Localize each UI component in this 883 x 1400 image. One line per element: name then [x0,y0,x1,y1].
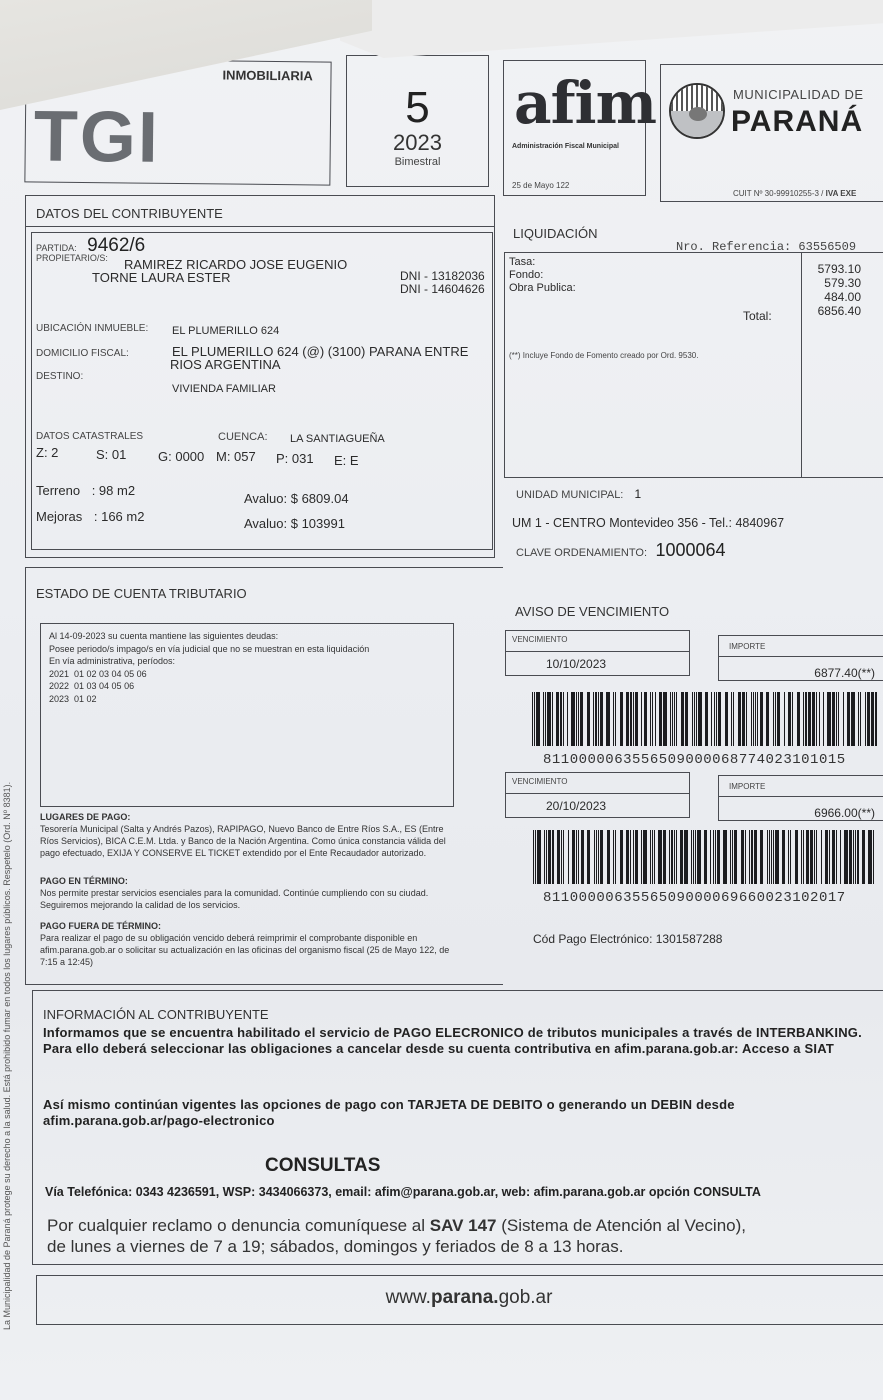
text: (Sistema de Atención al Vecino), [497,1216,746,1235]
deuda-period-2023: 2023 01 02 [49,693,369,706]
owner-1-dni: DNI - 13182036 [400,269,485,283]
reclamo-text: Por cualquier reclamo o denuncia comuníq… [47,1215,746,1257]
liquidacion-labels: Tasa: Fondo: Obra Publica: [509,256,576,295]
cod-pago-electronico: Cód Pago Electrónico: 1301587288 [533,932,722,946]
contribuyente-section: DATOS DEL CONTRIBUYENTE PARTIDA: 9462/6 … [25,195,495,558]
liquidacion-values: 5793.10 579.30 484.00 6856.40 [801,262,861,318]
cuit: CUIT Nº 30-99910255-3 / IVA EXE [733,189,856,198]
destino-value: VIVIENDA FAMILIAR [172,383,276,395]
catastro-z: Z: 2 [36,445,58,460]
estado-cuenta-section: ESTADO DE CUENTA TRIBUTARIO Al 14-09-202… [25,567,503,985]
owner-2-name: TORNE LAURA ESTER [92,270,230,285]
pago-termino: PAGO EN TÉRMINO: Nos permite prestar ser… [40,875,450,911]
tasa-label: Tasa: [509,256,576,269]
lugares-title: LUGARES DE PAGO: [40,812,130,822]
informacion-section: INFORMACIÓN AL CONTRIBUYENTE Informamos … [32,990,883,1265]
importe-1-label: IMPORTE [729,642,765,651]
vencimiento-2-box: VENCIMIENTO 20/10/2023 [505,772,690,818]
mejoras-label: Mejoras [36,509,82,524]
importe-2-label: IMPORTE [729,782,765,791]
vencimiento-1-box: VENCIMIENTO 10/10/2023 [505,630,690,676]
deuda-period-2021: 2021 01 02 03 04 05 06 [49,668,369,681]
barcode-1 [532,692,877,746]
um-line: UM 1 - CENTRO Montevideo 356 - Tel.: 484… [512,516,784,530]
estado-cuenta-lines: Al 14-09-2023 su cuenta mantiene las sig… [49,630,369,705]
deuda-line: Posee periodo/s impago/s en vía judicial… [49,643,369,656]
catastrales-label: DATOS CATASTRALES [36,431,143,442]
lugares-pago: LUGARES DE PAGO: Tesorería Municipal (Sa… [40,811,450,859]
unidad-value: 1 [634,487,641,501]
clave-label: CLAVE ORDENAMIENTO: [516,547,647,559]
catastro-e: E: E [334,453,359,468]
footer-web-box: www.parana.gob.ar [36,1275,883,1325]
liquidacion-note: (**) Incluye Fondo de Fomento creado por… [509,351,698,360]
importe-1-amount: 6877.40(**) [814,666,875,680]
tasa-value: 5793.10 [801,262,861,276]
sav-number: SAV 147 [430,1216,497,1235]
consultas-title: CONSULTAS [265,1155,380,1177]
terreno-label: Terreno [36,483,80,498]
vencimiento-1-date: 10/10/2023 [546,657,606,671]
fuera-title: PAGO FUERA DE TÉRMINO: [40,921,161,931]
afim-subtitle: Administración Fiscal Municipal [512,143,619,150]
tax-title: TGI [33,95,160,178]
partida-label: PARTIDA: [36,243,77,253]
catastro-s: S: 01 [96,447,126,462]
folded-paper-shadow [340,0,883,58]
importe-2-box: IMPORTE 6966.00(**) [718,775,883,821]
barcode-1-number: 8110000063556509000068774023101015 [543,752,846,768]
period-box: 5 2023 Bimestral [346,55,489,187]
text: TARJETA DE DEBITO [408,1097,543,1112]
avaluo-terreno: Avaluo: $ 6809.04 [244,491,349,506]
footer-web[interactable]: www.parana.gob.ar [37,1287,883,1309]
ubicacion-label: UBICACIÓN INMUEBLE: [36,323,148,334]
cuit-number: CUIT Nº 30-99910255-3 / [733,189,823,198]
text: INTERBANKING [756,1025,858,1040]
mejoras-value: : 166 m2 [94,509,145,524]
terreno-value: : 98 m2 [92,483,135,498]
afim-logo: afim [514,69,656,137]
vencimiento-1-label: VENCIMIENTO [512,635,567,644]
text: o generando un [543,1097,651,1112]
clave-value: 1000064 [655,540,725,560]
estado-cuenta-title: ESTADO DE CUENTA TRIBUTARIO [36,586,247,601]
barcode-2 [533,830,875,884]
vencimiento-2-date: 20/10/2023 [546,799,606,813]
lugares-text: Tesorería Municipal (Salta y Andrés Pazo… [40,823,450,859]
destino-label: DESTINO: [36,371,83,382]
period-year: 2023 [347,130,488,156]
text: PAGO ELECRONICO [393,1025,524,1040]
owner-2-dni: DNI - 14604626 [400,282,485,296]
fondo-label: Fondo: [509,269,576,282]
period-number: 5 [347,86,488,130]
tax-subtitle: INMOBILIARIA [222,67,312,83]
vertical-smoking-note: La Municipalidad de Paraná protege su de… [2,782,12,1330]
text: de tributos municipales a través de [524,1025,756,1040]
text: DEBIN [651,1097,692,1112]
total-value: 6856.40 [801,304,861,318]
text: de lunes a viernes de 7 a 19; sábados, d… [47,1236,746,1257]
text: Por cualquier reclamo o denuncia comuníq… [47,1216,430,1235]
iva-status: IVA EXE [826,189,857,198]
municipality-box: MUNICIPALIDAD DE PARANÁ CUIT Nº 30-99910… [660,64,883,202]
text: gob.ar [499,1287,553,1308]
pago-fuera-termino: PAGO FUERA DE TÉRMINO: Para realizar el … [40,920,450,968]
terreno-row: Terreno : 98 m2 [36,483,135,498]
fuera-text: Para realizar el pago de su obligación v… [40,932,450,968]
deuda-line: En vía administrativa, períodos: [49,655,369,668]
ubicacion-value: EL PLUMERILLO 624 [172,325,279,337]
vencimiento-2-label: VENCIMIENTO [512,777,567,786]
barcode-bar [875,692,876,746]
barcode-bar [873,830,874,884]
catastro-p: P: 031 [276,451,314,466]
text: www. [386,1287,431,1308]
text: Así mismo continúan vigentes las opcione… [43,1097,408,1112]
importe-2-amount: 6966.00(**) [814,806,875,820]
informacion-para-1: Informamos que se encuentra habilitado e… [43,1025,873,1057]
coat-of-arms-icon [669,83,725,139]
domicilio-line2: RIOS ARGENTINA [170,357,281,372]
municipality-line1: MUNICIPALIDAD DE [733,87,864,102]
propietarios-label: PROPIETARIO/S: [36,253,108,263]
liquidacion-table: Tasa: Fondo: Obra Publica: Total: 5793.1… [504,252,883,478]
consultas-line: Vía Telefónica: 0343 4236591, WSP: 34340… [45,1185,761,1199]
period-type: Bimestral [347,156,488,168]
aviso-title: AVISO DE VENCIMIENTO [515,604,669,619]
termino-title: PAGO EN TÉRMINO: [40,876,128,886]
estado-cuenta-box: Al 14-09-2023 su cuenta mantiene las sig… [40,623,454,807]
domicilio-label: DOMICILIO FISCAL: [36,348,129,359]
importe-1-box: IMPORTE 6877.40(**) [718,635,883,681]
cuenca-label: CUENCA: [218,431,268,443]
deuda-line: Al 14-09-2023 su cuenta mantiene las sig… [49,630,369,643]
cuenca-value: LA SANTIAGUEÑA [290,433,385,445]
afim-address: 25 de Mayo 122 [512,181,569,190]
barcode-2-number: 8110000063556509000069660023102017 [543,890,846,906]
catastro-m: M: 057 [216,449,256,464]
mejoras-row: Mejoras : 166 m2 [36,509,144,524]
tgi-tax-bill: 2600 INMOBILIARIA TGI 5 2023 Bimestral a… [0,0,883,1400]
catastro-g: G: 0000 [158,449,204,464]
total-label: Total: [743,309,772,323]
termino-text: Nos permite prestar servicios esenciales… [40,887,450,911]
text: parana. [431,1287,499,1308]
contribuyente-title: DATOS DEL CONTRIBUYENTE [36,206,223,221]
contribuyente-inner: PARTIDA: 9462/6 PROPIETARIO/S: RAMIREZ R… [31,232,493,550]
informacion-para-2: Así mismo continúan vigentes las opcione… [43,1097,873,1129]
unidad-row: UNIDAD MUNICIPAL: 1 [516,487,641,501]
unidad-label: UNIDAD MUNICIPAL: [516,489,623,501]
avaluo-mejoras: Avaluo: $ 103991 [244,516,345,531]
informacion-title: INFORMACIÓN AL CONTRIBUYENTE [43,1007,269,1022]
clave-row: CLAVE ORDENAMIENTO: 1000064 [516,540,726,561]
text: Informamos que se encuentra habilitado e… [43,1025,393,1040]
municipality-name: PARANÁ [731,105,863,139]
obra-publica-value: 484.00 [801,290,861,304]
fondo-value: 579.30 [801,276,861,290]
deuda-period-2022: 2022 01 03 04 05 06 [49,680,369,693]
obra-publica-label: Obra Publica: [509,282,576,295]
afim-logo-box: afim Administración Fiscal Municipal 25 … [503,60,646,196]
liquidacion-title: LIQUIDACIÓN [513,226,598,241]
